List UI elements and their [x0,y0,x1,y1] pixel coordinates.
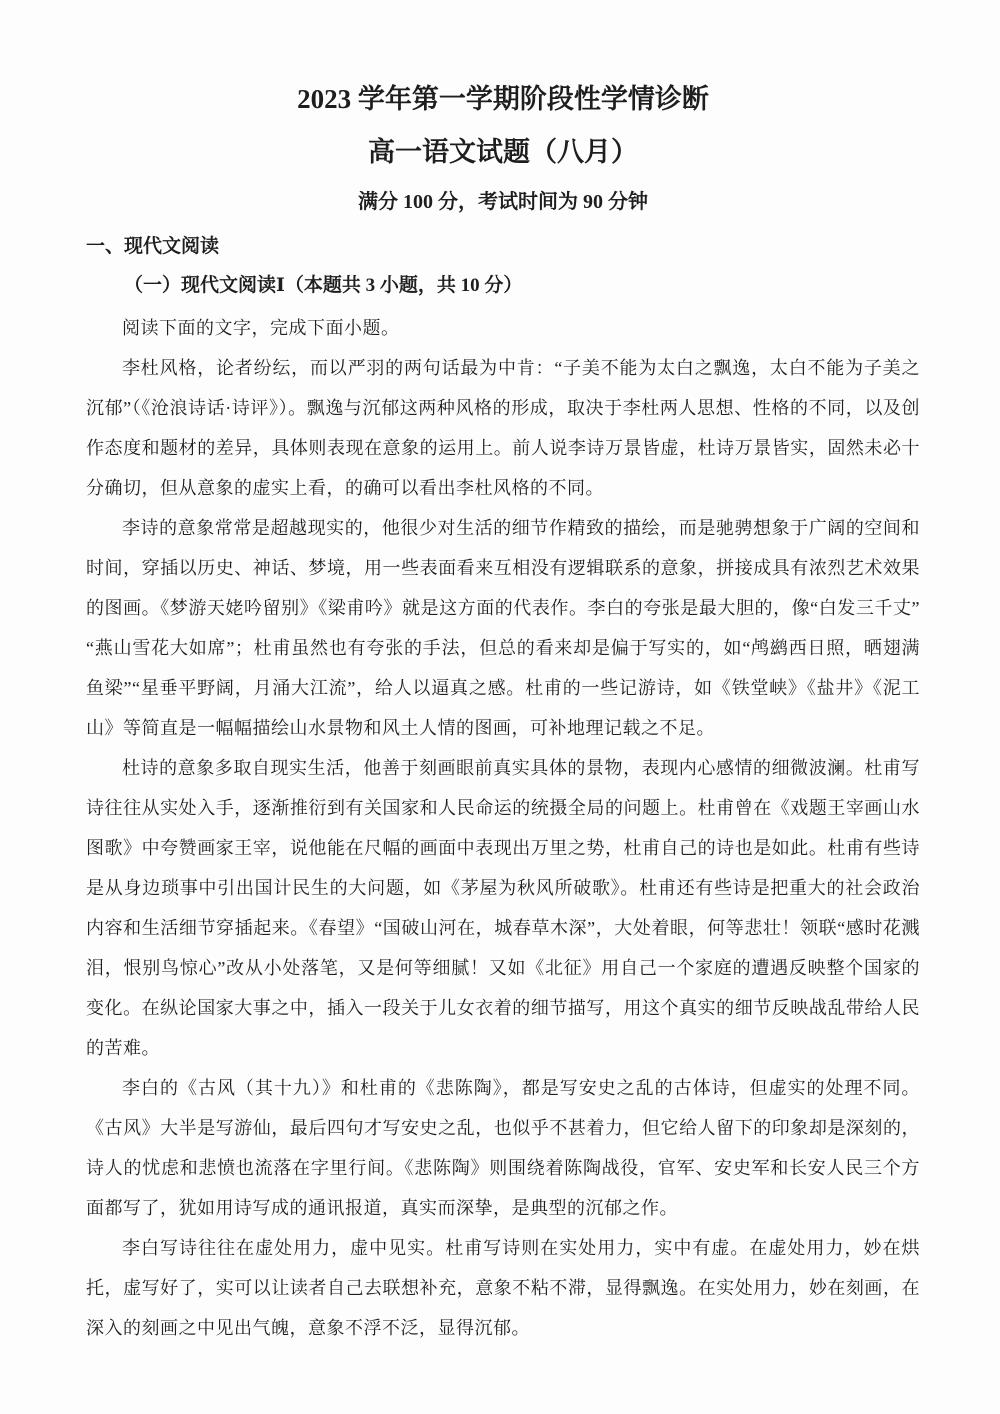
section-heading-modern-reading: 一、现代文阅读 [86,235,920,259]
reading-instruction: 阅读下面的文字，完成下面小题。 [86,308,920,348]
passage-paragraph-5: 李白写诗往往在虚处用力，虚中见实。杜甫写诗则在实处用力，实中有虚。在虚处用力，妙… [86,1228,920,1348]
exam-page: 2023 学年第一学期阶段性学情诊断 高一语文试题（八月） 满分 100 分，考… [0,0,1000,1414]
exam-score-time-info: 满分 100 分，考试时间为 90 分钟 [86,189,920,215]
passage-paragraph-4: 李白的《古风（其十九）》和杜甫的《悲陈陶》，都是写安史之乱的古体诗，但虚实的处理… [86,1068,920,1228]
reading-passage: 阅读下面的文字，完成下面小题。 李杜风格，论者纷纭，而以严羽的两句话最为中肯：“… [86,308,920,1348]
subsection-heading-reading-1: （一）现代文阅读Ⅰ（本题共 3 小题，共 10 分） [86,274,920,298]
exam-title-line2: 高一语文试题（八月） [86,135,920,169]
passage-paragraph-3: 杜诗的意象多取自现实生活，他善于刻画眼前真实具体的景物，表现内心感情的细微波澜。… [86,748,920,1068]
passage-paragraph-1: 李杜风格，论者纷纭，而以严羽的两句话最为中肯：“子美不能为太白之飘逸，太白不能为… [86,348,920,508]
passage-paragraph-2: 李诗的意象常常是超越现实的，他很少对生活的细节作精致的描绘，而是驰骋想象于广阔的… [86,508,920,748]
exam-title-line1: 2023 学年第一学期阶段性学情诊断 [86,82,920,116]
